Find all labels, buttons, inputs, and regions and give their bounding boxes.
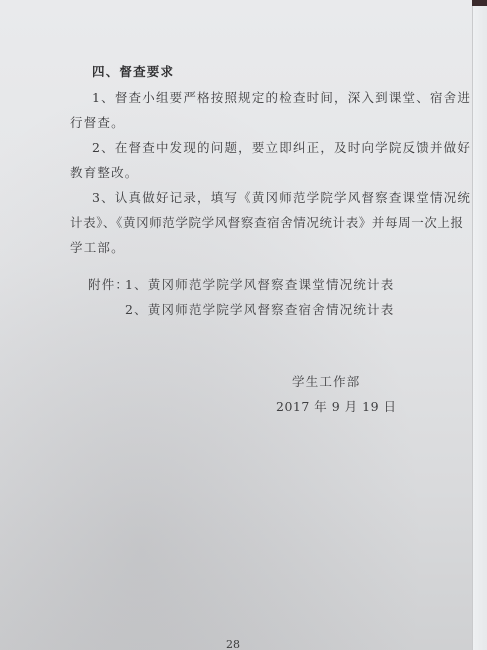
attachment-2: 2、黄冈师范学院学风督察查宿舍情况统计表	[125, 300, 394, 318]
item-3-line-3: 学工部。	[70, 238, 125, 256]
signature-date: 2017 年 9 月 19 日	[276, 397, 397, 415]
item-2-line-1: 2、在督查中发现的问题，要立即纠正，及时向学院反馈并做好	[92, 138, 471, 156]
page-edge	[472, 0, 487, 650]
attachments-label: 附件：	[88, 275, 129, 293]
page-number: 28	[226, 638, 240, 650]
attachment-1: 1、黄冈师范学院学风督察查课堂情况统计表	[125, 275, 394, 293]
section-heading: 四、督查要求	[92, 62, 174, 80]
page-corner	[472, 0, 487, 6]
signature-department: 学生工作部	[292, 372, 361, 390]
item-3-line-1: 3、认真做好记录，填写《黄冈师范学院学风督察查课堂情况统	[92, 188, 471, 206]
document-page: 四、督查要求 1、督查小组要严格按照规定的检查时间，深入到课堂、宿舍进 行督查。…	[0, 0, 472, 650]
item-3-line-2: 计表》、《黄冈师范学院学风督察查宿舍情况统计表》并每周一次上报	[70, 213, 464, 231]
item-2-line-2: 教育整改。	[70, 163, 139, 181]
item-1-line-1: 1、督查小组要严格按照规定的检查时间，深入到课堂、宿舍进	[92, 88, 471, 106]
item-1-line-2: 行督查。	[70, 113, 125, 131]
